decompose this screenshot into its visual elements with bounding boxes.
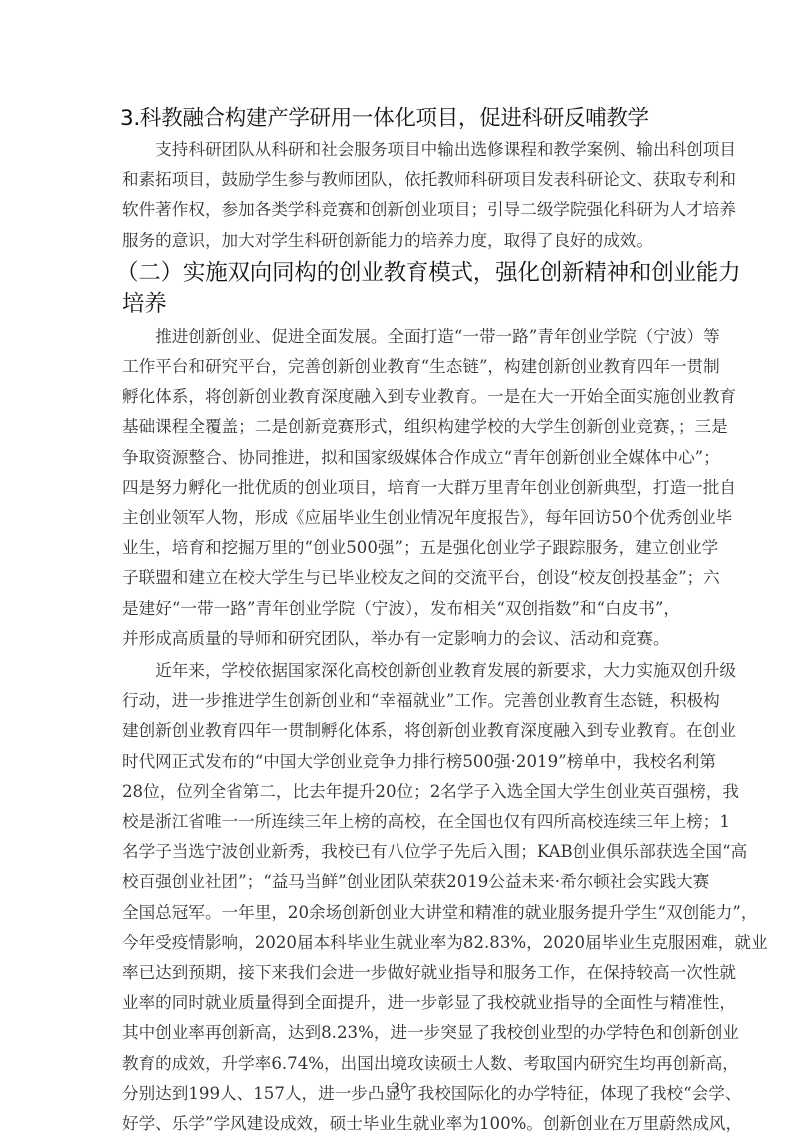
paragraph-research-teaching: 支持科研团队从科研和社会服务项目中输出选修课程和教学案例、输出科创项目 和素拓项…	[122, 135, 680, 256]
text-line: 服务的意识，加大对学生科研创新能力的培养力度，取得了良好的成效。	[122, 226, 680, 256]
text-line: 推进创新创业、促进全面发展。全面打造“一带一路”青年创业学院（宁波）等	[122, 322, 680, 352]
text-line: 争取资源整合、协同推进，拟和国家级媒体合作成立“青年创新创业全媒体中心”；	[122, 443, 680, 473]
document-page: 3.科教融合构建产学研用一体化项目，促进科研反哺教学 支持科研团队从科研和社会服…	[122, 103, 680, 1139]
text-line: 教育的成效，升学率6.74%，出国出境攻读硕士人数、考取国内研究生均再创新高，	[122, 1049, 680, 1079]
heading-line: 培养	[116, 289, 686, 320]
text-line: 软件著作权，参加各类学科竞赛和创新创业项目；引导二级学院强化科研为人才培养	[122, 195, 680, 225]
text-line: 建创新创业教育四年一贯制孵化体系，将创新创业教育深度融入到专业教育。在创业	[122, 716, 680, 746]
text-line: 基础课程全覆盖；二是创新竞赛形式，组织构建学校的大学生创新创业竞赛，；三是	[122, 412, 680, 442]
paragraph-recent-achievements: 近年来，学校依据国家深化高校创新创业教育发展的新要求，大力实施双创升级 行动，进…	[122, 656, 680, 1139]
section-heading-3: 3.科教融合构建产学研用一体化项目，促进科研反哺教学	[120, 103, 680, 135]
text-line: 校是浙江省唯一一所连续三年上榜的高校，在全国也仅有四所高校连续三年上榜；1	[122, 807, 680, 837]
text-line: 好学、乐学”学风建设成效，硕士毕业生就业率为100%。创新创业在万里蔚然成风，	[122, 1109, 680, 1139]
text-line: 今年受疫情影响，2020届本科毕业生就业率为82.83%，2020届毕业生克服困…	[122, 928, 680, 958]
text-line: 工作平台和研究平台，完善创新创业教育“生态链”，构建创新创业教育四年一贯制	[122, 352, 680, 382]
text-line: 其中创业率再创新高，达到8.23%，进一步突显了我校创业型的办学特色和创新创业	[122, 1018, 680, 1048]
text-line: 支持科研团队从科研和社会服务项目中输出选修课程和教学案例、输出科创项目	[122, 135, 680, 165]
text-line: 业生，培育和挖掘万里的“创业500强”；五是强化创业学子跟踪服务，建立创业学	[122, 533, 680, 563]
heading-line: （二）实施双向同构的创业教育模式，强化创新精神和创业能力	[116, 258, 686, 289]
page-number: 30	[0, 1081, 800, 1097]
text-line: 业率的同时就业质量得到全面提升，进一步彰显了我校就业指导的全面性与精准性，	[122, 988, 680, 1018]
text-line: 28位，位列全省第二，比去年提升20位；2名学子入选全国大学生创业英百强榜，我	[122, 777, 680, 807]
paragraph-entrepreneurship-platform: 推进创新创业、促进全面发展。全面打造“一带一路”青年创业学院（宁波）等 工作平台…	[122, 322, 680, 654]
text-line: 名学子当选宁波创业新秀，我校已有八位学子先后入围；KAB创业俱乐部获选全国“高	[122, 837, 680, 867]
text-line: 全国总冠军。一年里，20余场创新创业大讲堂和精准的就业服务提升学生“双创能力”，	[122, 898, 680, 928]
text-line: 四是努力孵化一批优质的创业项目，培育一大群万里青年创业创新典型，打造一批自	[122, 473, 680, 503]
text-line: 行动，进一步推进学生创新创业和“幸福就业”工作。完善创业教育生态链，积极构	[122, 686, 680, 716]
text-line: 孵化体系，将创新创业教育深度融入到专业教育。一是在大一开始全面实施创业教育	[122, 382, 680, 412]
text-line: 校百强创业社团”；“益马当鲜”创业团队荣获2019公益未来·希尔顿社会实践大赛	[122, 867, 680, 897]
text-line: 子联盟和建立在校大学生与已毕业校友之间的交流平台，创设“校友创投基金”；六	[122, 563, 680, 593]
text-line: 主创业领军人物，形成《应届毕业生创业情况年度报告》，每年回访50个优秀创业毕	[122, 503, 680, 533]
section-heading-2: （二）实施双向同构的创业教育模式，强化创新精神和创业能力 培养	[116, 258, 686, 320]
text-line: 近年来，学校依据国家深化高校创新创业教育发展的新要求，大力实施双创升级	[122, 656, 680, 686]
text-line: 并形成高质量的导师和研究团队，举办有一定影响力的会议、活动和竞赛。	[122, 624, 680, 654]
text-line: 率已达到预期，接下来我们会进一步做好就业指导和服务工作，在保持较高一次性就	[122, 958, 680, 988]
text-line: 是建好“一带一路”青年创业学院（宁波），发布相关“双创指数”和“白皮书”，	[122, 594, 680, 624]
text-line: 时代网正式发布的“中国大学创业竞争力排行榜500强·2019”榜单中，我校名利第	[122, 747, 680, 777]
text-line: 和素拓项目，鼓励学生参与教师团队，依托教师科研项目发表科研论文、获取专利和	[122, 165, 680, 195]
